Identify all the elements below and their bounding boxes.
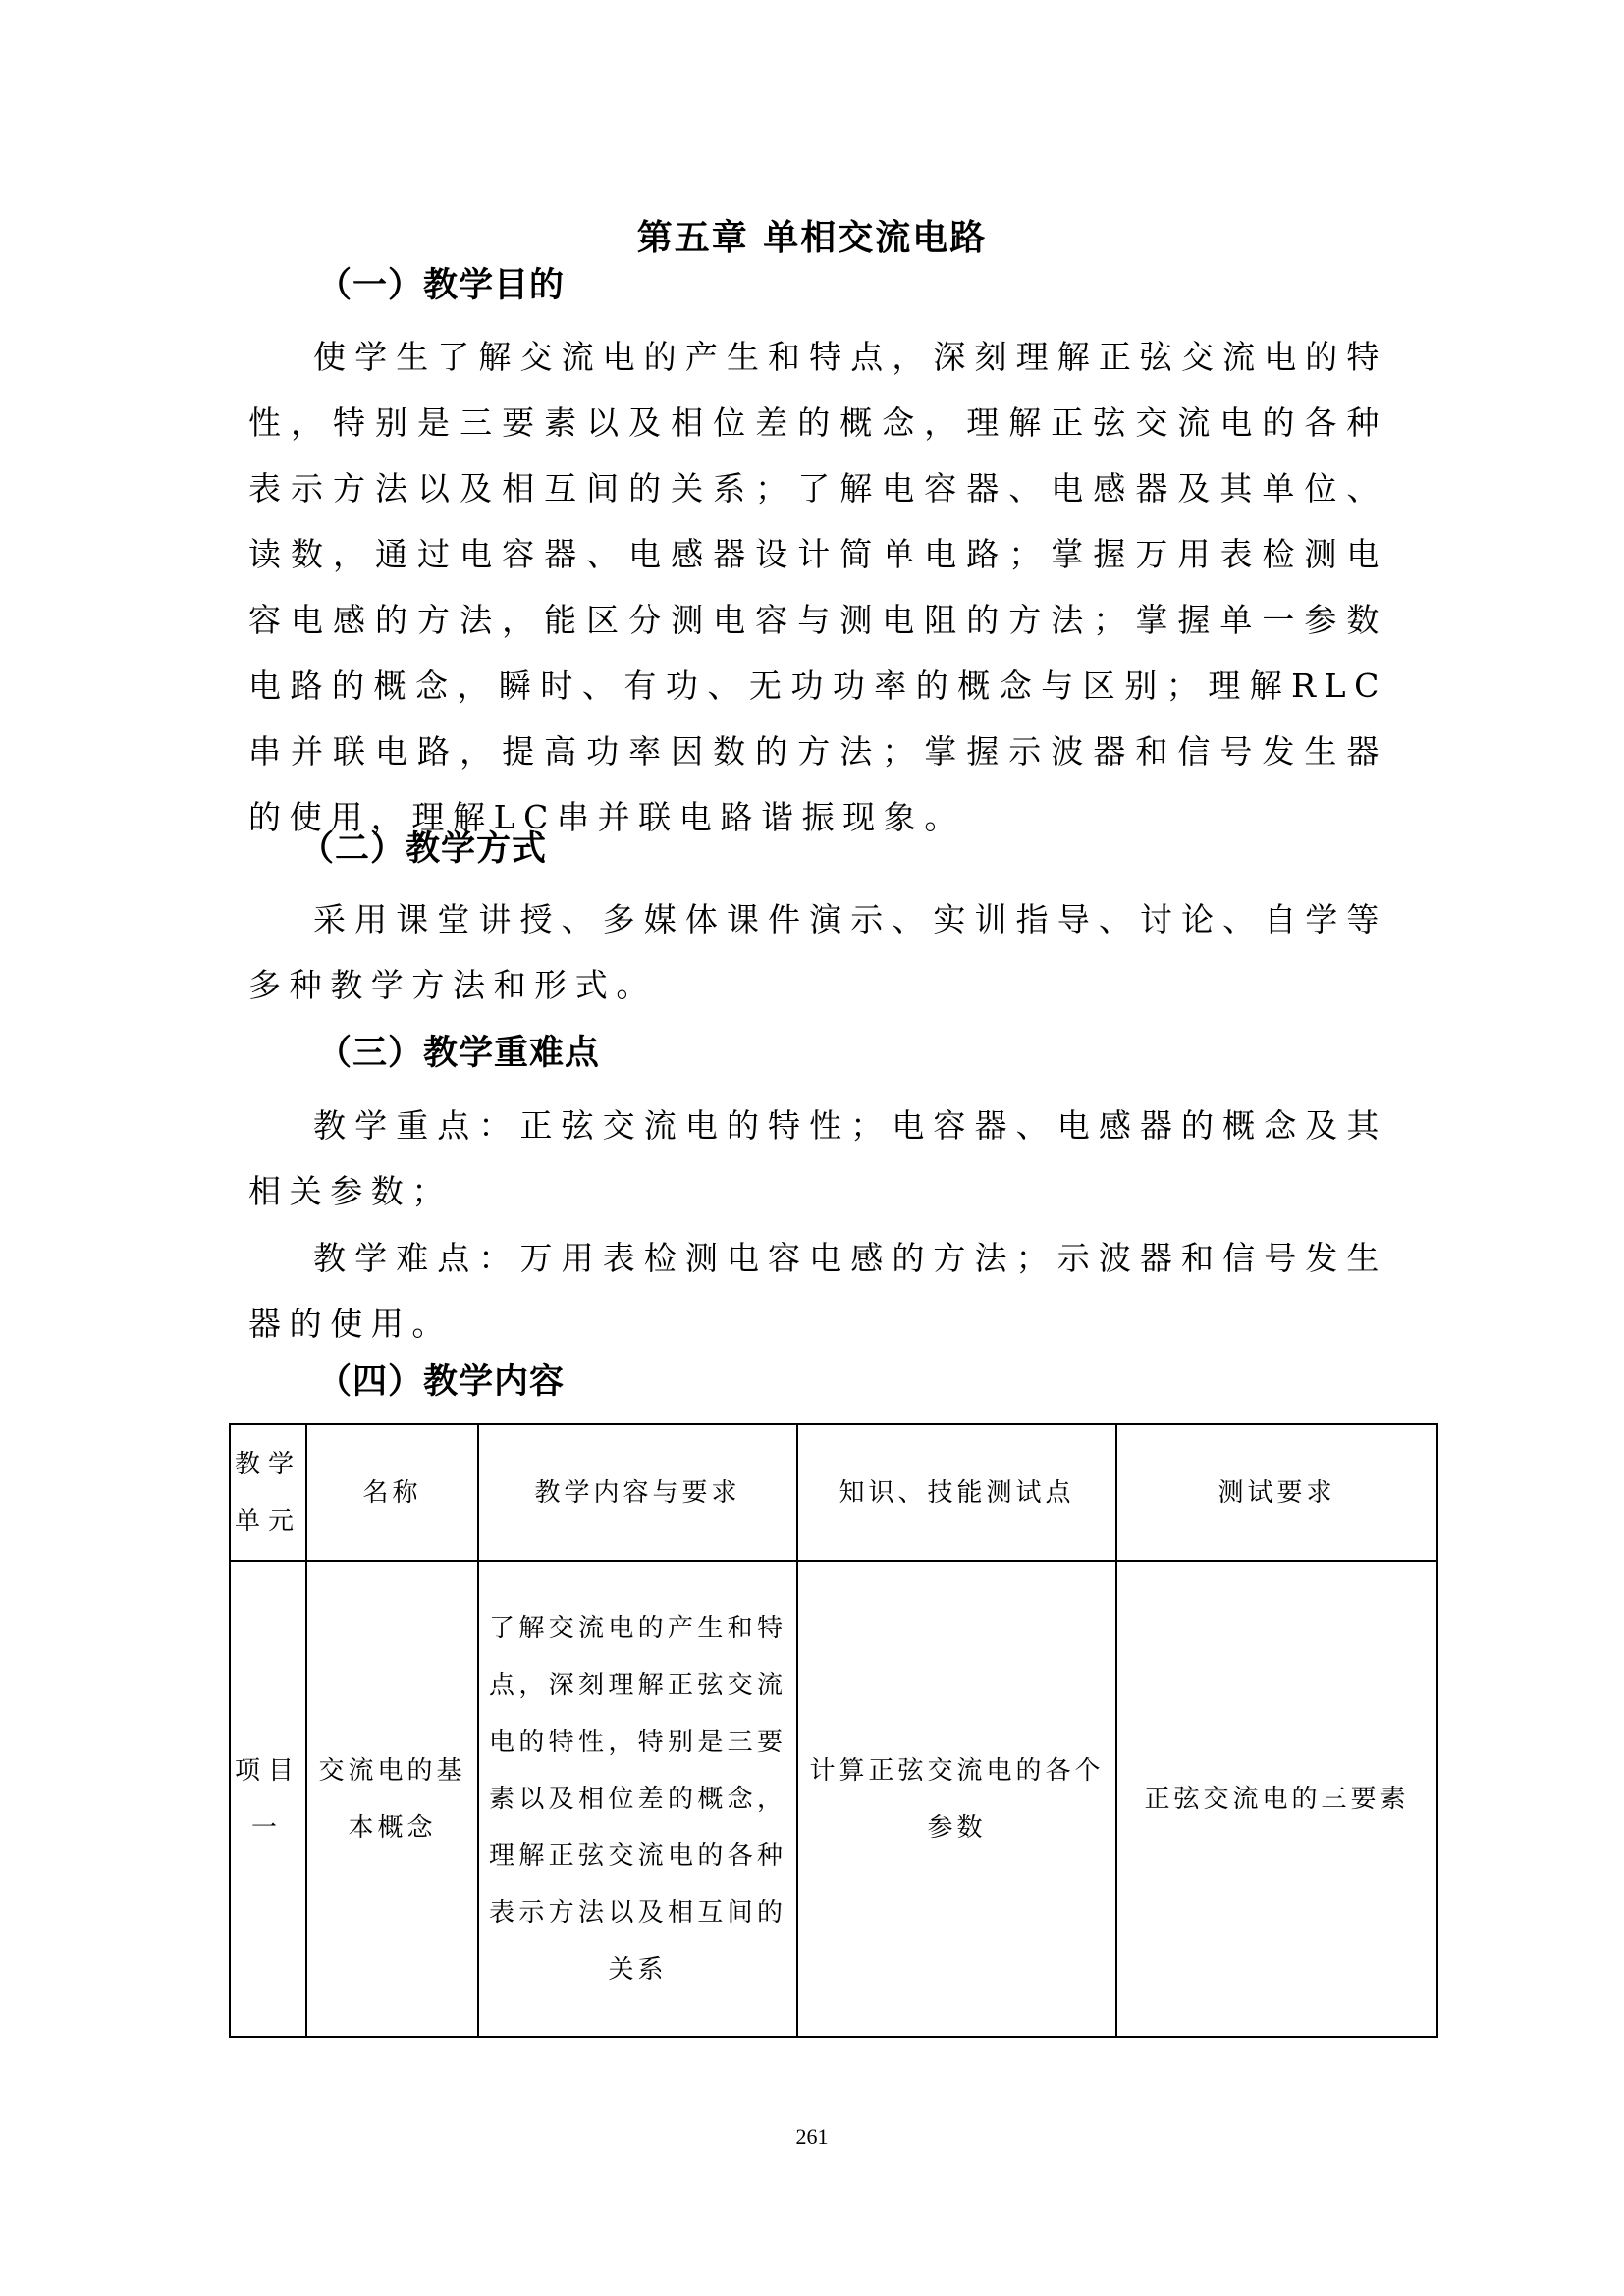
difficult-points-paragraph: 教学难点：万用表检测电容电感的方法；示波器和信号发生器的使用。 xyxy=(248,1225,1387,1357)
cell-name: 交流电的基本概念 xyxy=(306,1561,478,2037)
header-unit: 教学单元 xyxy=(230,1424,306,1561)
section-heading-content: （四）教学内容 xyxy=(317,1360,565,1405)
section-heading-key-points: （三）教学重难点 xyxy=(317,1031,600,1076)
header-content: 教学内容与要求 xyxy=(478,1424,797,1561)
section-heading-method: （二）教学方式 xyxy=(299,827,547,872)
cell-requirements: 正弦交流电的三要素 xyxy=(1116,1561,1437,2037)
table-header-row: 教学单元 名称 教学内容与要求 知识、技能测试点 测试要求 xyxy=(230,1424,1437,1561)
header-test-points: 知识、技能测试点 xyxy=(797,1424,1116,1561)
header-requirements: 测试要求 xyxy=(1116,1424,1437,1561)
objectives-paragraph: 使学生了解交流电的产生和特点，深刻理解正弦交流电的特性，特别是三要素以及相位差的… xyxy=(248,324,1387,850)
method-paragraph: 采用课堂讲授、多媒体课件演示、实训指导、讨论、自学等多种教学方法和形式。 xyxy=(248,886,1387,1018)
table-row: 项目一 交流电的基本概念 了解交流电的产生和特点，深刻理解正弦交流电的特性，特别… xyxy=(230,1561,1437,2037)
header-name: 名称 xyxy=(306,1424,478,1561)
cell-unit: 项目一 xyxy=(230,1561,306,2037)
chapter-title: 第五章 单相交流电路 xyxy=(0,214,1624,261)
page-number: 261 xyxy=(0,2124,1624,2150)
section-heading-objectives: （一）教学目的 xyxy=(317,263,565,308)
document-page: 第五章 单相交流电路 （一）教学目的 使学生了解交流电的产生和特点，深刻理解正弦… xyxy=(0,0,1624,2296)
teaching-content-table: 教学单元 名称 教学内容与要求 知识、技能测试点 测试要求 项目一 交流电的基本… xyxy=(229,1423,1438,2038)
cell-test-points: 计算正弦交流电的各个参数 xyxy=(797,1561,1116,2037)
cell-content: 了解交流电的产生和特点，深刻理解正弦交流电的特性，特别是三要素以及相位差的概念，… xyxy=(478,1561,797,2037)
key-points-paragraph: 教学重点：正弦交流电的特性；电容器、电感器的概念及其相关参数； xyxy=(248,1093,1387,1224)
